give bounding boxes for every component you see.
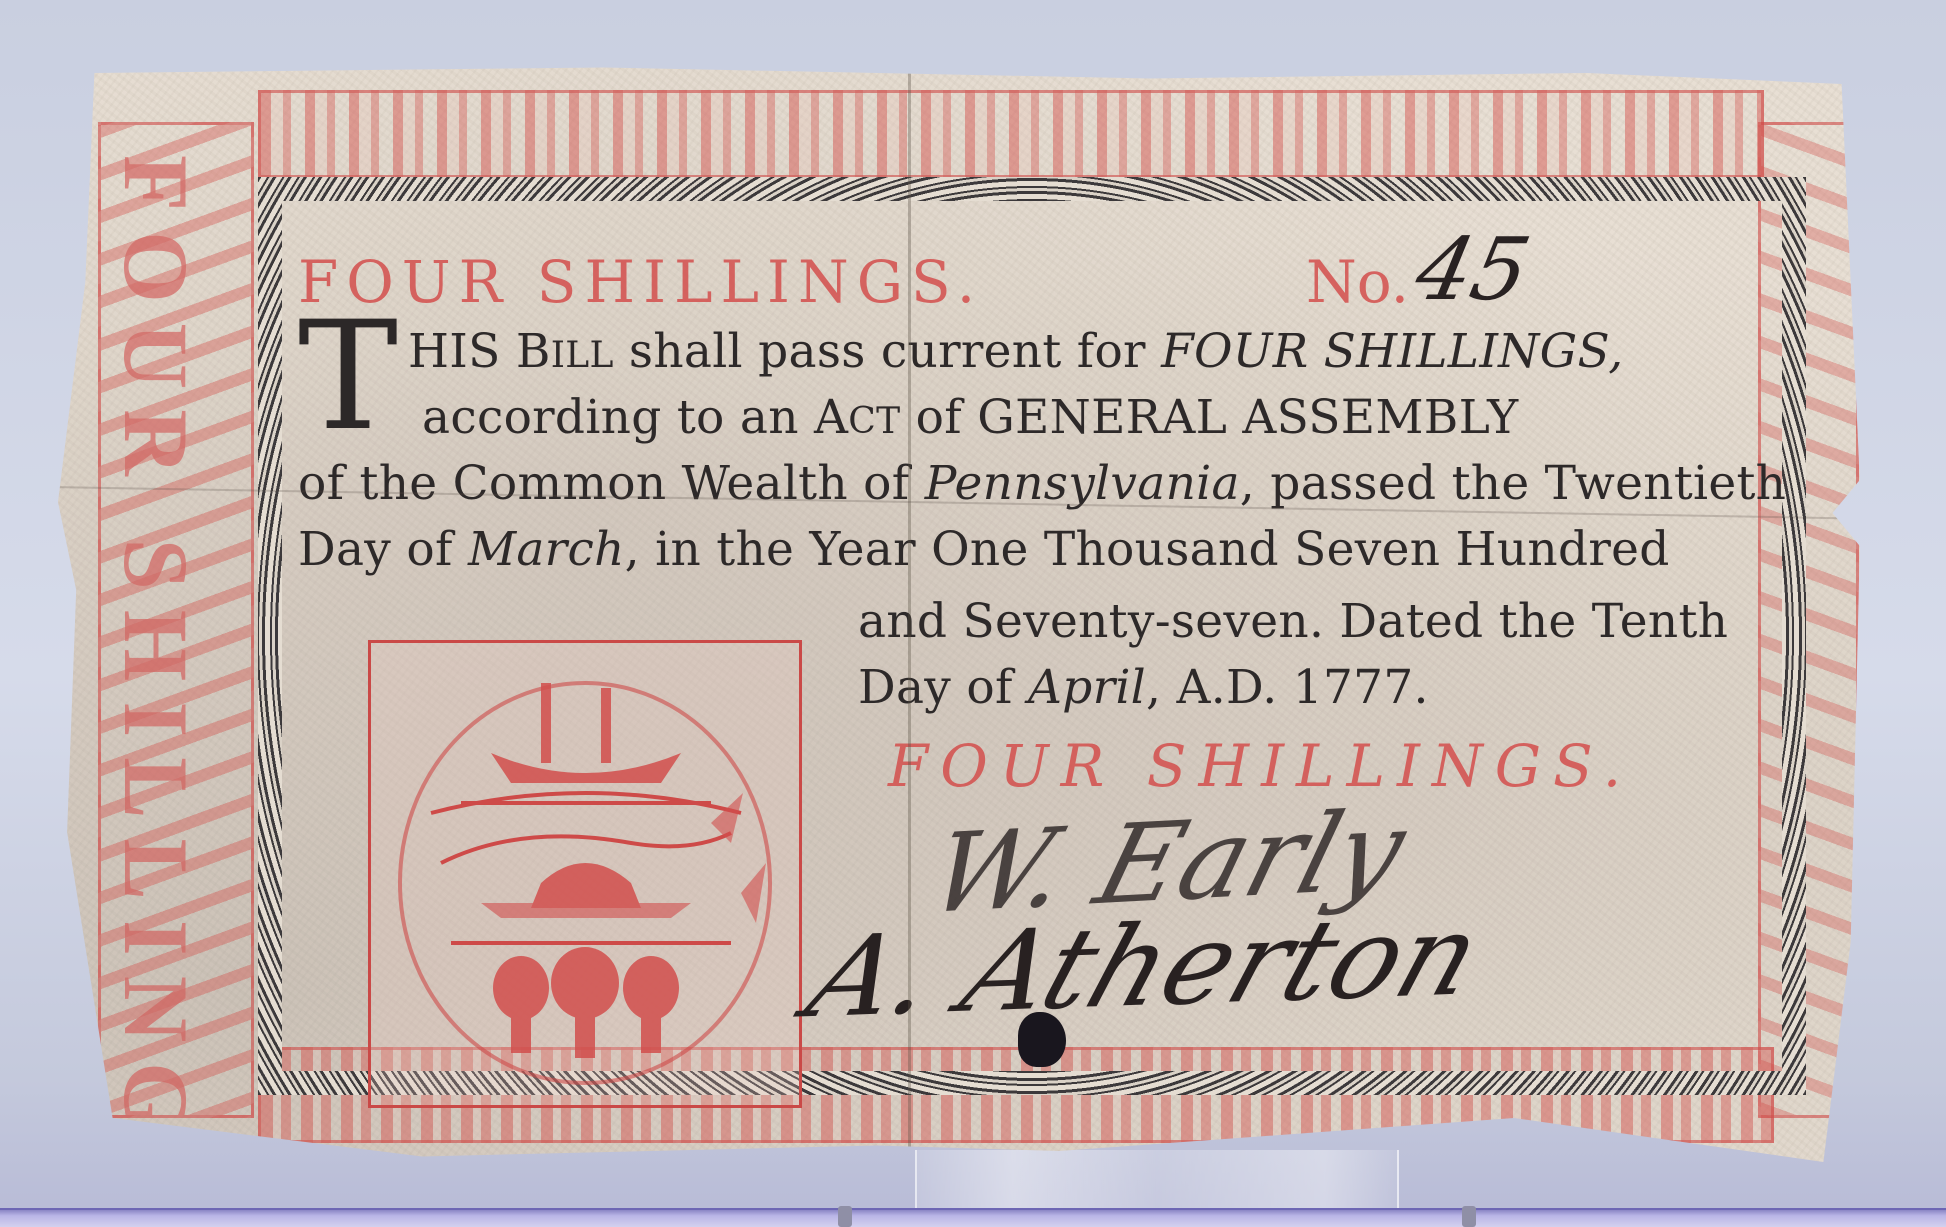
note-inner-panel: FOUR SHILLINGS. No. 45 T HIS BILL shall …: [298, 212, 1718, 1012]
number-label: No.: [1306, 248, 1409, 316]
left-border-text: FOUR SHILLINGS: [103, 155, 209, 1118]
coat-of-arms-icon: [371, 643, 799, 1105]
stand-foot-left: [838, 1206, 852, 1227]
body-line-4: Day of March, in the Year One Thousand S…: [298, 522, 1670, 577]
body-line-2: according to an ACT of GENERAL ASSEMBLY: [422, 390, 1518, 445]
header-denomination: FOUR SHILLINGS.: [298, 248, 983, 316]
left-red-border-band: FOUR SHILLINGS: [98, 122, 254, 1118]
top-red-border-band: [258, 90, 1764, 178]
drop-cap: T: [298, 302, 398, 452]
body-line-1: HIS BILL shall pass current for FOUR SHI…: [408, 324, 1624, 379]
coat-of-arms-seal: [368, 640, 802, 1108]
acrylic-stand-base: [0, 1208, 1946, 1227]
footer-denomination: FOUR SHILLINGS.: [888, 732, 1633, 800]
handwritten-serial-number: 45: [1407, 220, 1538, 320]
signature-2: A. Atherton: [793, 891, 1496, 1044]
body-line-5: and Seventy-seven. Dated the Tenth: [858, 594, 1728, 649]
ink-blot: [1018, 1012, 1066, 1067]
fold-crease-vertical: [908, 62, 911, 1162]
stand-foot-right: [1462, 1206, 1476, 1227]
currency-note: FOUR SHILLINGS FOUR SHILLINGS. No. 45 T …: [58, 62, 1878, 1162]
body-line-6: Day of April, A.D. 1777.: [858, 660, 1429, 715]
